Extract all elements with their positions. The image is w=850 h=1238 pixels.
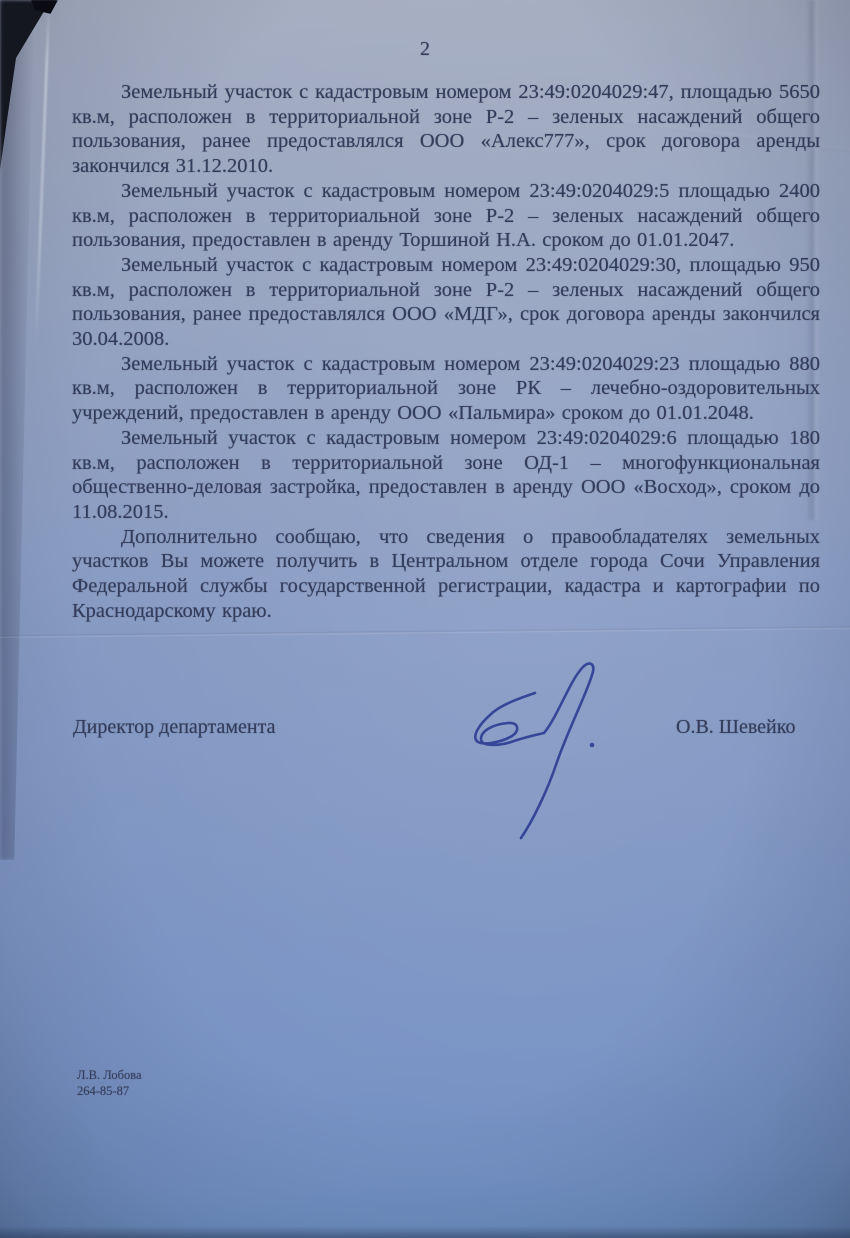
signatory-title: Директор департамента: [73, 716, 275, 739]
signature-ink: [440, 650, 620, 850]
document-body: Земельный участок с кадастровым номером …: [72, 80, 820, 623]
body-paragraph: Земельный участок с кадастровым номером …: [72, 80, 820, 179]
signature-pen-dot: [590, 743, 595, 748]
footer-executor-name: Л.В. Лобова: [77, 1068, 142, 1084]
body-paragraph: Земельный участок с кадастровым номером …: [72, 253, 820, 352]
document-footer: Л.В. Лобова 264-85-87: [77, 1068, 142, 1099]
signatory-name: О.В. Шевейко: [676, 716, 795, 739]
document-photo: 2 Земельный участок с кадастровым номеро…: [0, 0, 850, 1238]
document-page: 2 Земельный участок с кадастровым номеро…: [0, 0, 850, 1238]
footer-phone: 264-85-87: [77, 1084, 142, 1100]
body-paragraph: Земельный участок с кадастровым номером …: [72, 352, 820, 426]
body-paragraph: Земельный участок с кадастровым номером …: [72, 426, 820, 525]
page-number: 2: [420, 38, 430, 61]
photo-bottom-edge: [0, 1226, 850, 1238]
body-paragraph: Дополнительно сообщаю, что сведения о пр…: [72, 525, 820, 624]
body-paragraph: Земельный участок с кадастровым номером …: [72, 179, 820, 253]
